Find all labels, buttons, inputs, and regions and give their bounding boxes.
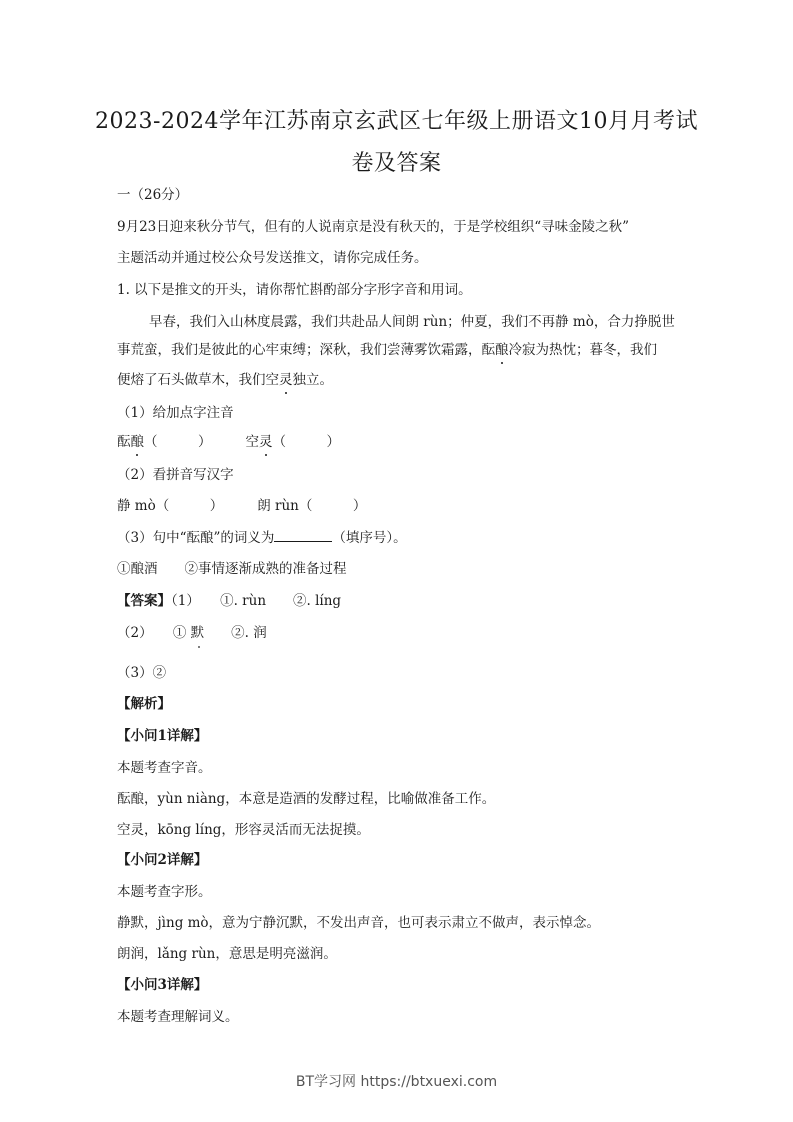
- item-char: 酝: [117, 434, 131, 450]
- passage-line-3: 便熔了石头做草木，我们空灵独立。: [117, 371, 333, 389]
- sub-question-1-title: （1）给加点字注音: [117, 404, 234, 422]
- document-title-line2: 卷及答案: [0, 146, 793, 177]
- detail-1-text-2: 酝酿，yùn niàng，本意是造酒的发酵过程，比喻做准备工作。: [117, 790, 495, 808]
- passage-line-2-start: 事荒蛮，我们是彼此的心牢束缚；深秋，我们尝薄雾饮霜露，酝: [117, 342, 495, 358]
- detail-2-text-2: 静默，jìng mò，意为宁静沉默，不发出声音，也可表示肃立不做声，表示悼念。: [117, 914, 600, 932]
- sub-question-2-title: （2）看拼音写汉字: [117, 466, 234, 484]
- passage-line-2-end: 冷寂为热忱；暮冬，我们: [509, 342, 658, 358]
- pinyin-item-1: 静 mò（ ）: [117, 498, 223, 514]
- intro-line-2: 主题活动并通过校公众号发送推文，请你完成任务。: [117, 249, 428, 267]
- stray-dot: [198, 646, 200, 648]
- emphasis-dot-char: 酿: [131, 433, 145, 451]
- answer-line-3: （3）②: [117, 664, 166, 682]
- section-heading: 一（26分）: [117, 186, 188, 204]
- emphasis-dot-char: 灵: [279, 371, 293, 389]
- passage-line-3-end: 独立。: [293, 372, 334, 388]
- fill-in-blank: [274, 529, 332, 542]
- answer-1: （1） ①. rùn ②. líng: [171, 593, 341, 609]
- answer-label: 【答案】: [117, 593, 171, 609]
- sub-question-3-prompt: （3）句中“酝酿”的词义为: [117, 530, 274, 546]
- detail-3-label: 【小问3详解】: [117, 976, 207, 994]
- item-char: 空: [246, 434, 260, 450]
- sub-question-3-title: （3）句中“酝酿”的词义为（填序号）。: [117, 529, 407, 547]
- detail-1-label: 【小问1详解】: [117, 727, 207, 745]
- sub-question-3-suffix: （填序号）。: [332, 530, 406, 546]
- question-1: 1. 以下是推文的开头，请你帮忙斟酌部分字形字音和用词。: [117, 281, 472, 299]
- passage-line-1: 早春，我们入山林度晨露，我们共赴品人间朗 rùn；仲夏，我们不再静 mò，合力挣…: [149, 313, 675, 331]
- emphasis-dot-char: 灵: [259, 433, 273, 451]
- detail-2-text-3: 朗润，lǎng rùn，意思是明亮滋润。: [117, 945, 337, 963]
- answer-blank: （ ）: [144, 434, 212, 450]
- document-page: 2023-2024学年江苏南京玄武区七年级上册语文10月月考试 卷及答案 一（2…: [0, 0, 793, 1122]
- detail-1-text-3: 空灵，kōng líng，形容灵活而无法捉摸。: [117, 821, 370, 839]
- detail-2-label: 【小问2详解】: [117, 851, 207, 869]
- pinyin-item-2: 朗 rùn（ ）: [257, 498, 366, 514]
- document-title-line1: 2023-2024学年江苏南京玄武区七年级上册语文10月月考试: [0, 104, 793, 135]
- detail-2-text-1: 本题考查字形。: [117, 883, 212, 901]
- answer-line-1: 【答案】（1） ①. rùn ②. líng: [117, 592, 341, 610]
- watermark-footer: BT学习网 https://btxuexi.com: [0, 1071, 793, 1091]
- detail-3-text-1: 本题考查理解词义。: [117, 1008, 239, 1026]
- intro-line-1: 9月23日迎来秋分节气，但有的人说南京是没有秋天的，于是学校组织“寻味金陵之秋”: [117, 218, 629, 236]
- sub-question-3-options: ①酿酒 ②事情逐渐成熟的准备过程: [117, 560, 347, 578]
- detail-1-text-1: 本题考查字音。: [117, 759, 212, 777]
- answer-blank: （ ）: [273, 434, 341, 450]
- sub-question-1-items: 酝酿（ ）空灵（ ）: [117, 433, 340, 451]
- answer-line-2: （2） ① 默 ②. 润: [117, 624, 267, 642]
- emphasis-dot-char: 酿: [495, 341, 509, 359]
- passage-line-2: 事荒蛮，我们是彼此的心牢束缚；深秋，我们尝薄雾饮霜露，酝酿冷寂为热忱；暮冬，我们: [117, 341, 657, 359]
- sub-question-2-items: 静 mò（ ）朗 rùn（ ）: [117, 497, 366, 515]
- analysis-label: 【解析】: [117, 695, 171, 713]
- passage-line-3-start: 便熔了石头做草木，我们空: [117, 372, 279, 388]
